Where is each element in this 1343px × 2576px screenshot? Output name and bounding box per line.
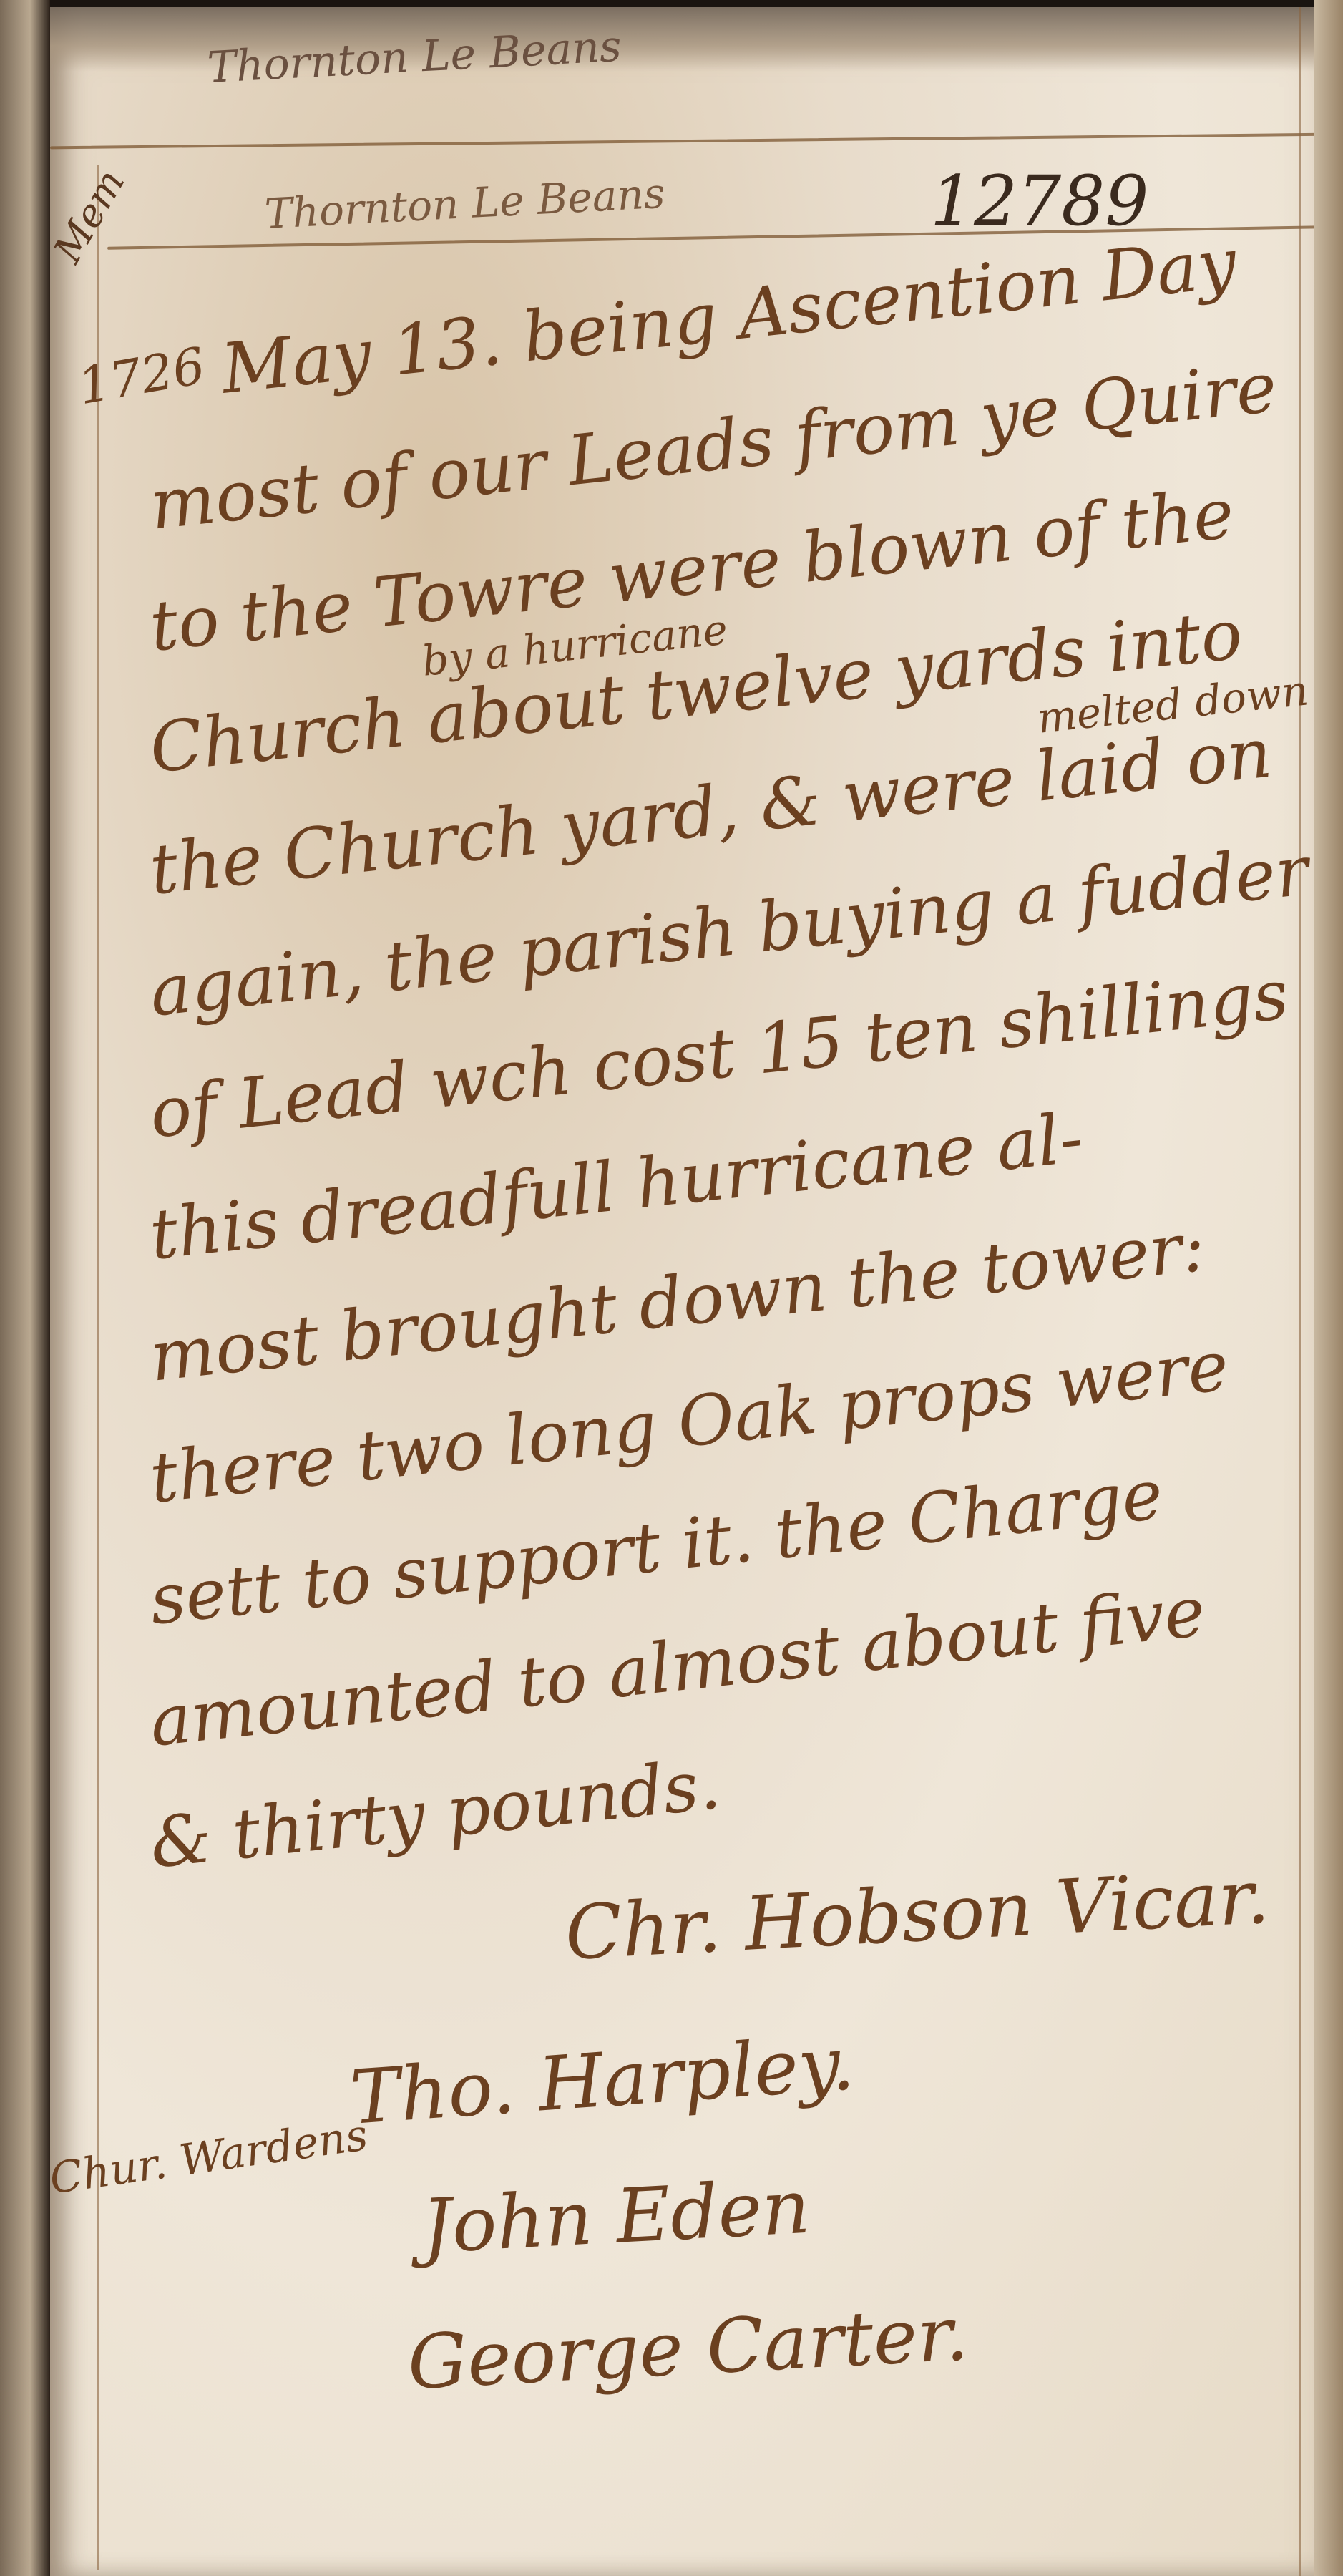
adjacent-page-edge	[0, 0, 50, 2576]
signature-warden-3: George Carter.	[406, 2290, 970, 2406]
header-rule-top	[50, 133, 1331, 150]
margin-rule-right	[1299, 7, 1301, 2576]
body-line-13: & thirty pounds.	[146, 1744, 724, 1884]
margin-year: 1726	[74, 336, 210, 417]
signature-warden-2: John Eden	[420, 2163, 812, 2270]
signature-warden-1: Tho. Harpley.	[348, 2019, 857, 2142]
adjacent-page-right-edge	[1314, 0, 1343, 2576]
margin-rule-left	[97, 165, 99, 2570]
header-place-name-2: Thornton Le Beans	[263, 169, 666, 238]
margin-wardens-label: Chur. Wardens	[47, 2110, 371, 2205]
margin-memorandum: Mem	[45, 162, 134, 270]
register-page: Thornton Le Beans Thornton Le Beans 1278…	[50, 7, 1331, 2576]
signature-vicar: Chr. Hobson Vicar.	[563, 1853, 1271, 1977]
reference-number: 12789	[930, 161, 1148, 241]
